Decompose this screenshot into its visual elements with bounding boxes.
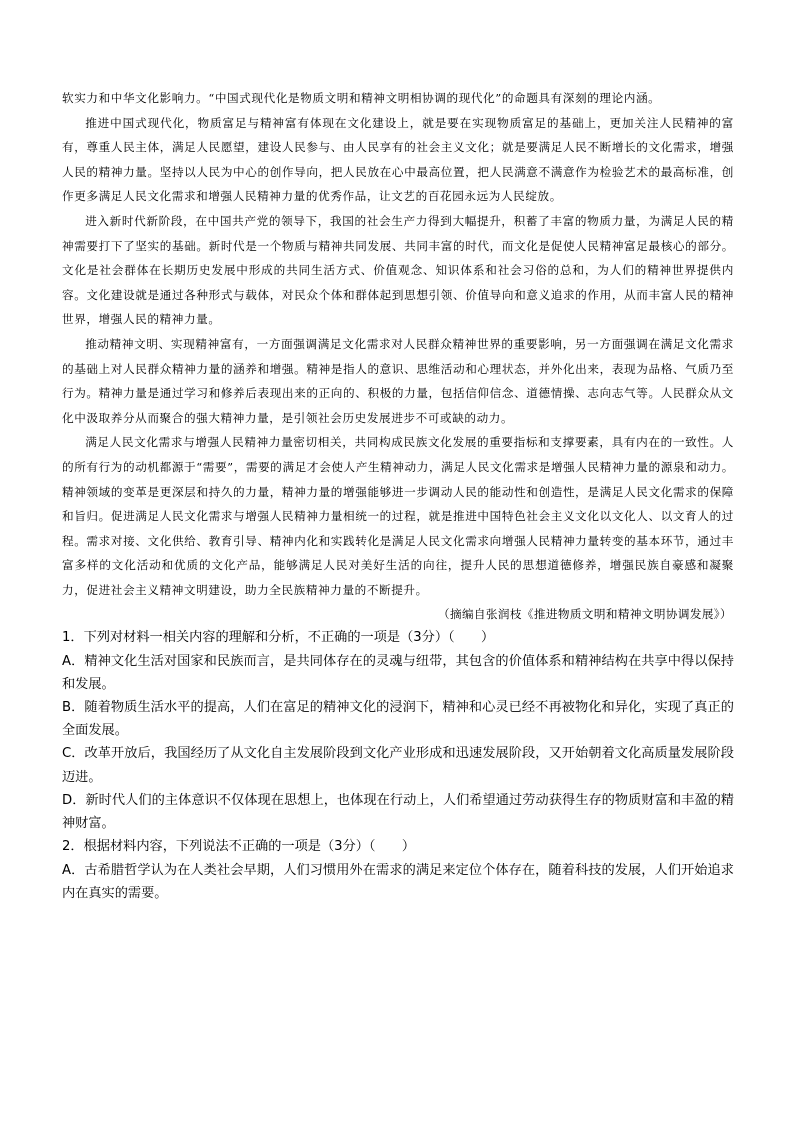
document-page: 软实力和中华文化影响力。“中国式现代化是物质文明和精神文明相协调的现代化”的命题…	[62, 86, 734, 905]
question-option-a: A．古希腊哲学认为在人类社会早期，人们习惯用外在需求的满足来定位个体存在，随着科…	[62, 859, 734, 905]
reading-passage: 软实力和中华文化影响力。“中国式现代化是物质文明和精神文明相协调的现代化”的命题…	[62, 86, 734, 602]
question-2: 2．根据材料内容，下列说法不正确的一项是（3分）（ ） A．古希腊哲学认为在人类…	[62, 835, 734, 905]
question-option-c: C．改革开放后，我国经历了从文化自主发展阶段到文化产业形成和迅速发展阶段，又开始…	[62, 742, 734, 788]
question-stem: 2．根据材料内容，下列说法不正确的一项是（3分）（ ）	[62, 835, 734, 858]
passage-paragraph: 进入新时代新阶段，在中国共产党的领导下，我国的社会生产力得到大幅提升，积蓄了丰富…	[62, 209, 734, 332]
question-list: 1．下列对材料一相关内容的理解和分析，不正确的一项是（3分）（ ） A．精神文化…	[62, 626, 734, 904]
question-option-a: A．精神文化生活对国家和民族而言，是共同体存在的灵魂与纽带，其包含的价值体系和精…	[62, 650, 734, 696]
passage-paragraph: 满足人民文化需求与增强人民精神力量密切相关，共同构成民族文化发展的重要指标和支撑…	[62, 430, 734, 602]
passage-paragraph-continuation: 软实力和中华文化影响力。“中国式现代化是物质文明和精神文明相协调的现代化”的命题…	[62, 86, 734, 111]
question-1: 1．下列对材料一相关内容的理解和分析，不正确的一项是（3分）（ ） A．精神文化…	[62, 626, 734, 835]
passage-paragraph: 推动精神文明、实现精神富有，一方面强调满足文化需求对人民群众精神世界的重要影响，…	[62, 332, 734, 430]
question-stem: 1．下列对材料一相关内容的理解和分析，不正确的一项是（3分）（ ）	[62, 626, 734, 649]
question-option-d: D．新时代人们的主体意识不仅体现在思想上，也体现在行动上，人们希望通过劳动获得生…	[62, 789, 734, 835]
question-option-b: B．随着物质生活水平的提高，人们在富足的精神文化的浸润下，精神和心灵已经不再被物…	[62, 696, 734, 742]
passage-paragraph: 推进中国式现代化，物质富足与精神富有体现在文化建设上，就是要在实现物质富足的基础…	[62, 111, 734, 209]
passage-source-citation: （摘编自张润枝《推进物质文明和精神文明协调发展》）	[62, 602, 734, 626]
